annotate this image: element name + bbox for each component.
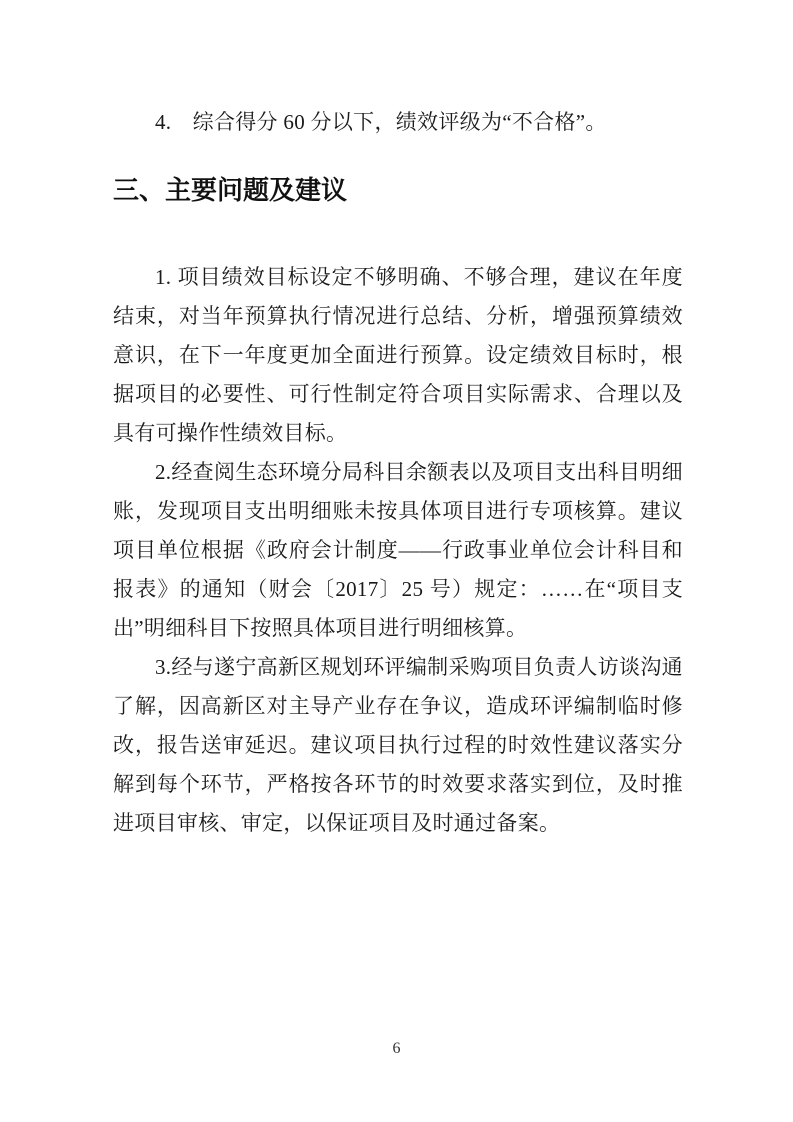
section-heading: 三、主要问题及建议 (113, 172, 347, 208)
paragraph-2: 2.经查阅生态环境分局科目余额表以及项目支出科目明细账，发现项目支出明细账未按具… (113, 453, 683, 648)
paragraph-3: 3.经与遂宁高新区规划环评编制采购项目负责人访谈沟通了解，因高新区对主导产业存在… (113, 648, 683, 843)
list-item-4: 4. 综合得分 60 分以下，绩效评级为“不合格”。 (113, 103, 683, 142)
paragraph-1: 1. 项目绩效目标设定不够明确、不够合理，建议在年度结束，对当年预算执行情况进行… (113, 258, 683, 453)
page-number: 6 (0, 1038, 793, 1060)
document-page: 4. 综合得分 60 分以下，绩效评级为“不合格”。 三、主要问题及建议 1. … (0, 0, 793, 1122)
